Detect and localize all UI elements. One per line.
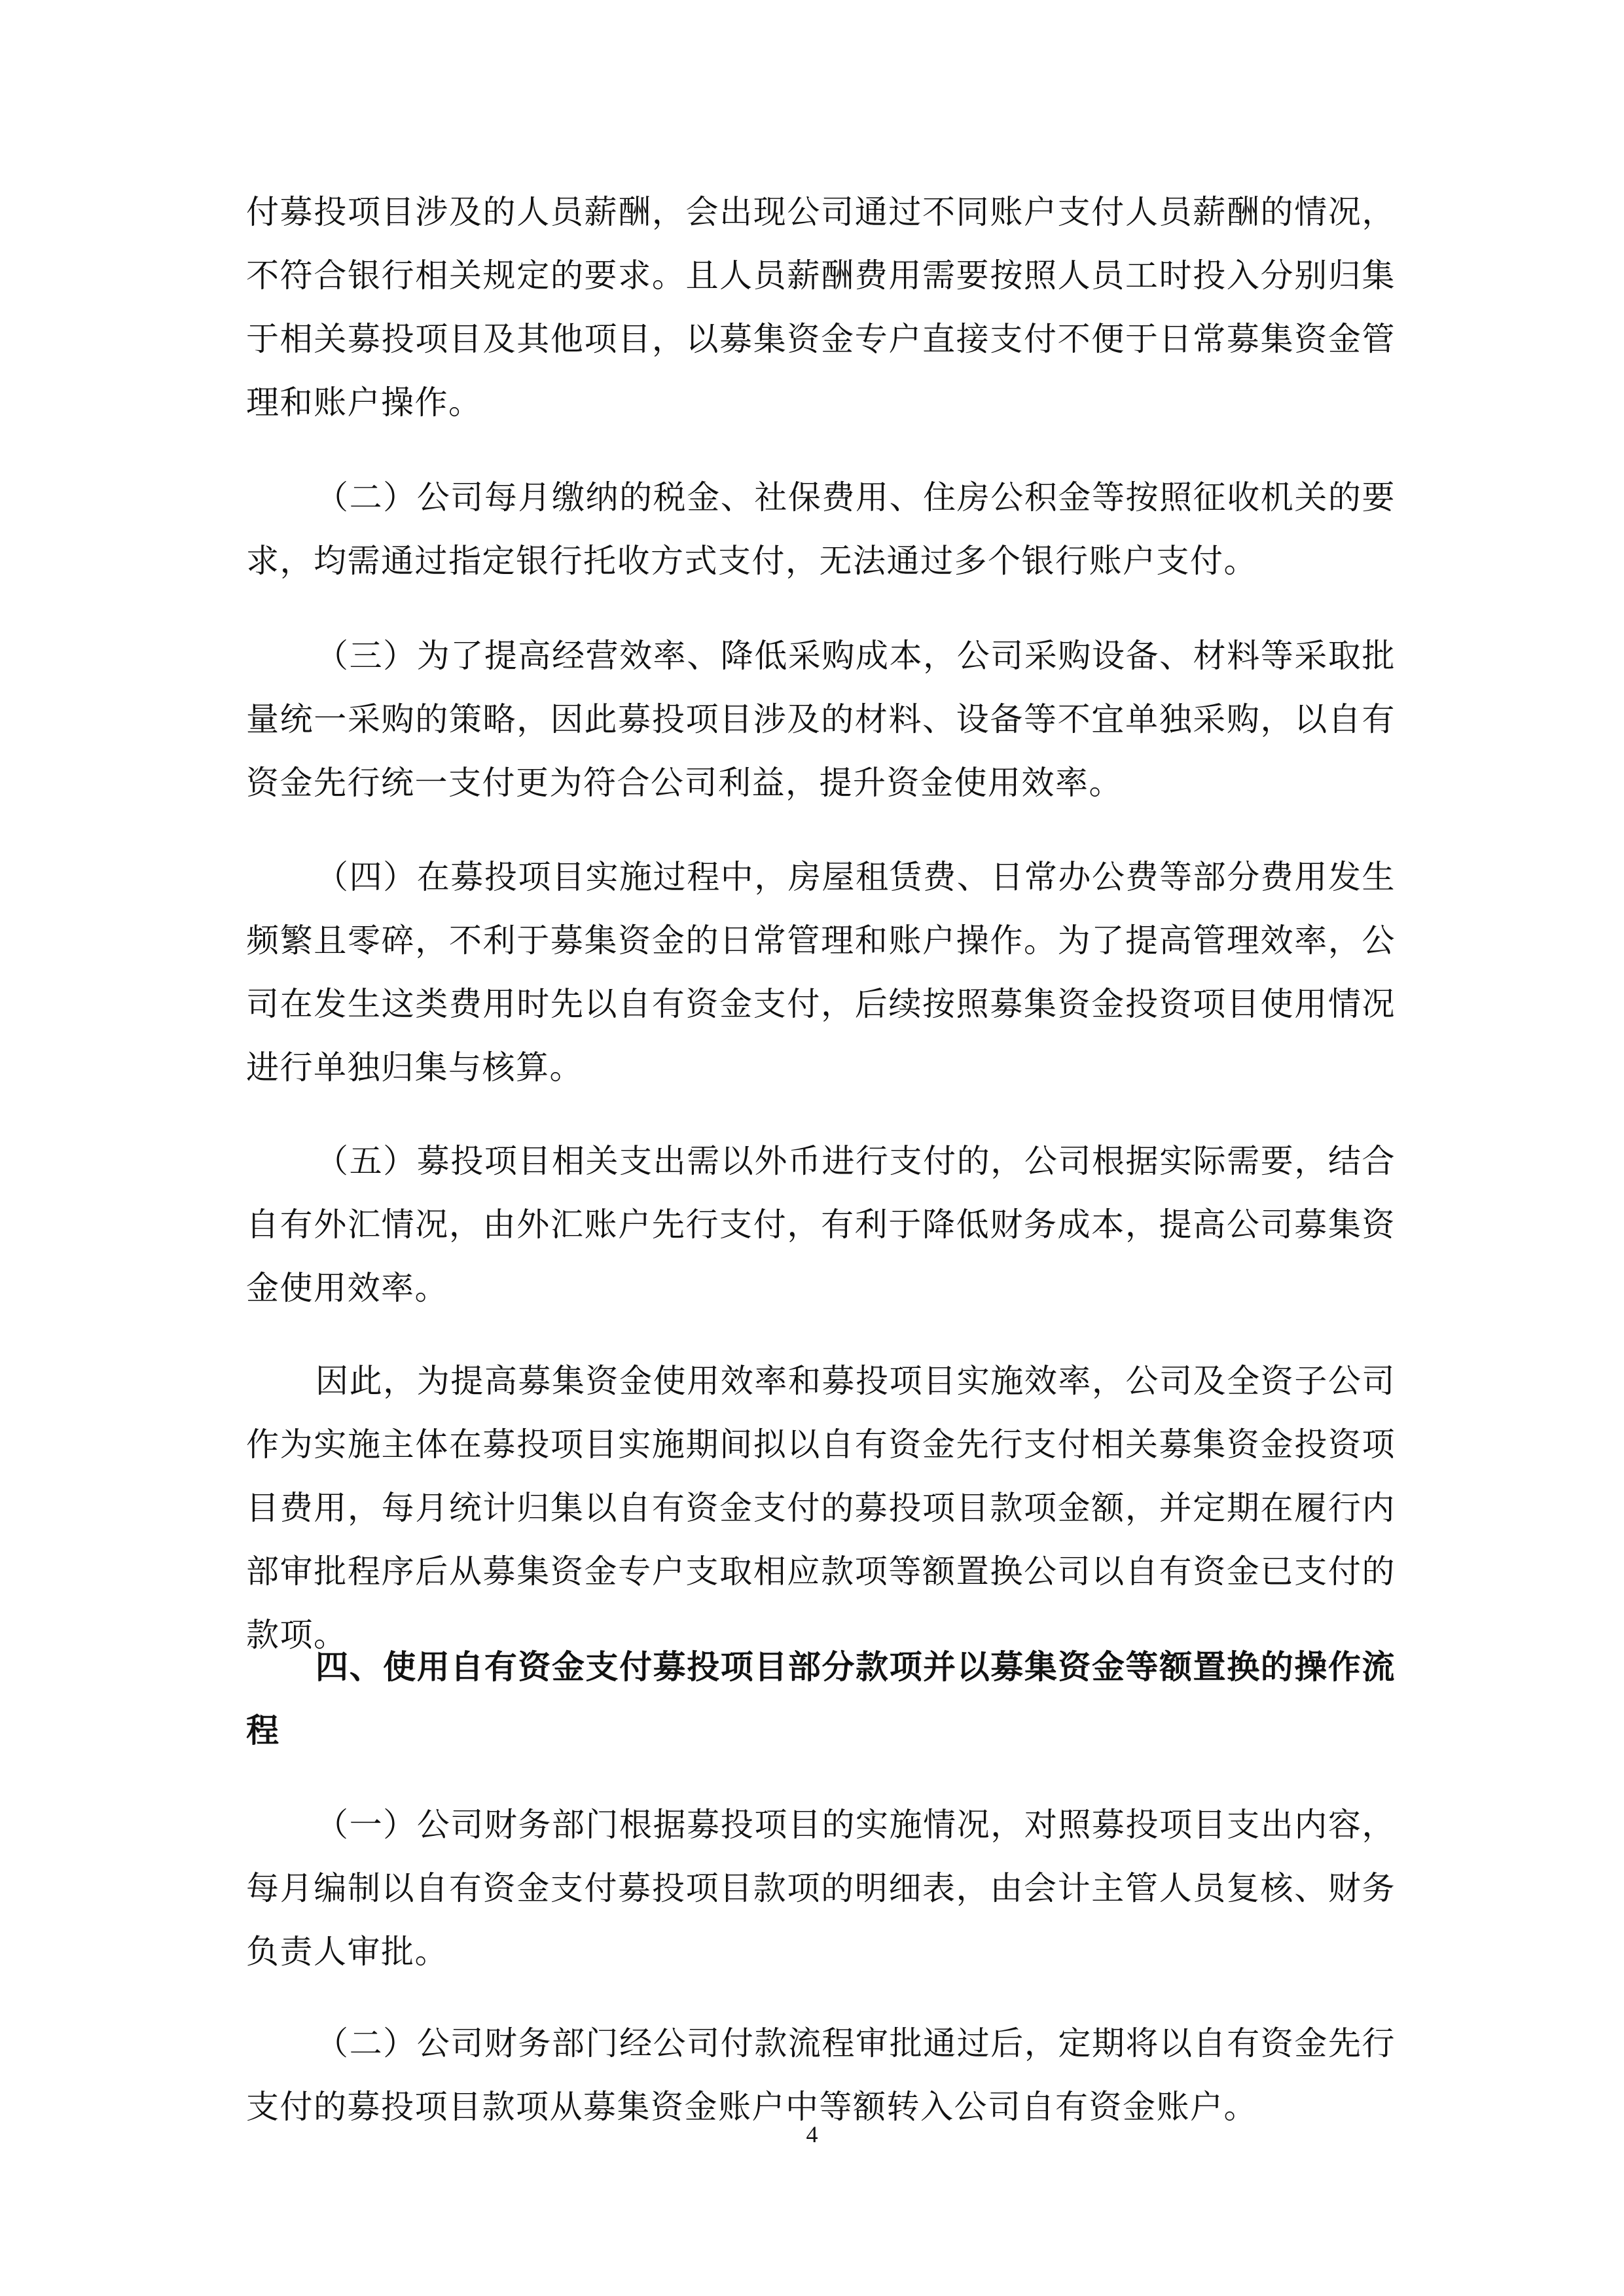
paragraph-conclusion: 因此，为提高募集资金使用效率和募投项目实施效率，公司及全资子公司作为实施主体在募…	[246, 1350, 1396, 1667]
paragraph-step-1: （一）公司财务部门根据募投项目的实施情况，对照募投项目支出内容，每月编制以自有资…	[246, 1793, 1396, 1984]
paragraph-item-5: （五）募投项目相关支出需以外币进行支付的，公司根据实际需要，结合自有外汇情况，由…	[246, 1130, 1396, 1320]
paragraph-step-2: （二）公司财务部门经公司付款流程审批通过后，定期将以自有资金先行支付的募投项目款…	[246, 2012, 1396, 2139]
paragraph-continuation: 付募投项目涉及的人员薪酬，会出现公司通过不同账户支付人员薪酬的情况，不符合银行相…	[246, 181, 1396, 435]
paragraph-item-3: （三）为了提高经营效率、降低采购成本，公司采购设备、材料等采取批量统一采购的策略…	[246, 624, 1396, 815]
section-heading-4: 四、使用自有资金支付募投项目部分款项并以募集资金等额置换的操作流程	[246, 1635, 1396, 1762]
paragraph-item-2: （二）公司每月缴纳的税金、社保费用、住房公积金等按照征收机关的要求，均需通过指定…	[246, 466, 1396, 593]
paragraph-item-4: （四）在募投项目实施过程中，房屋租赁费、日常办公费等部分费用发生频繁且零碎，不利…	[246, 846, 1396, 1100]
page-number: 4	[0, 2121, 1624, 2148]
